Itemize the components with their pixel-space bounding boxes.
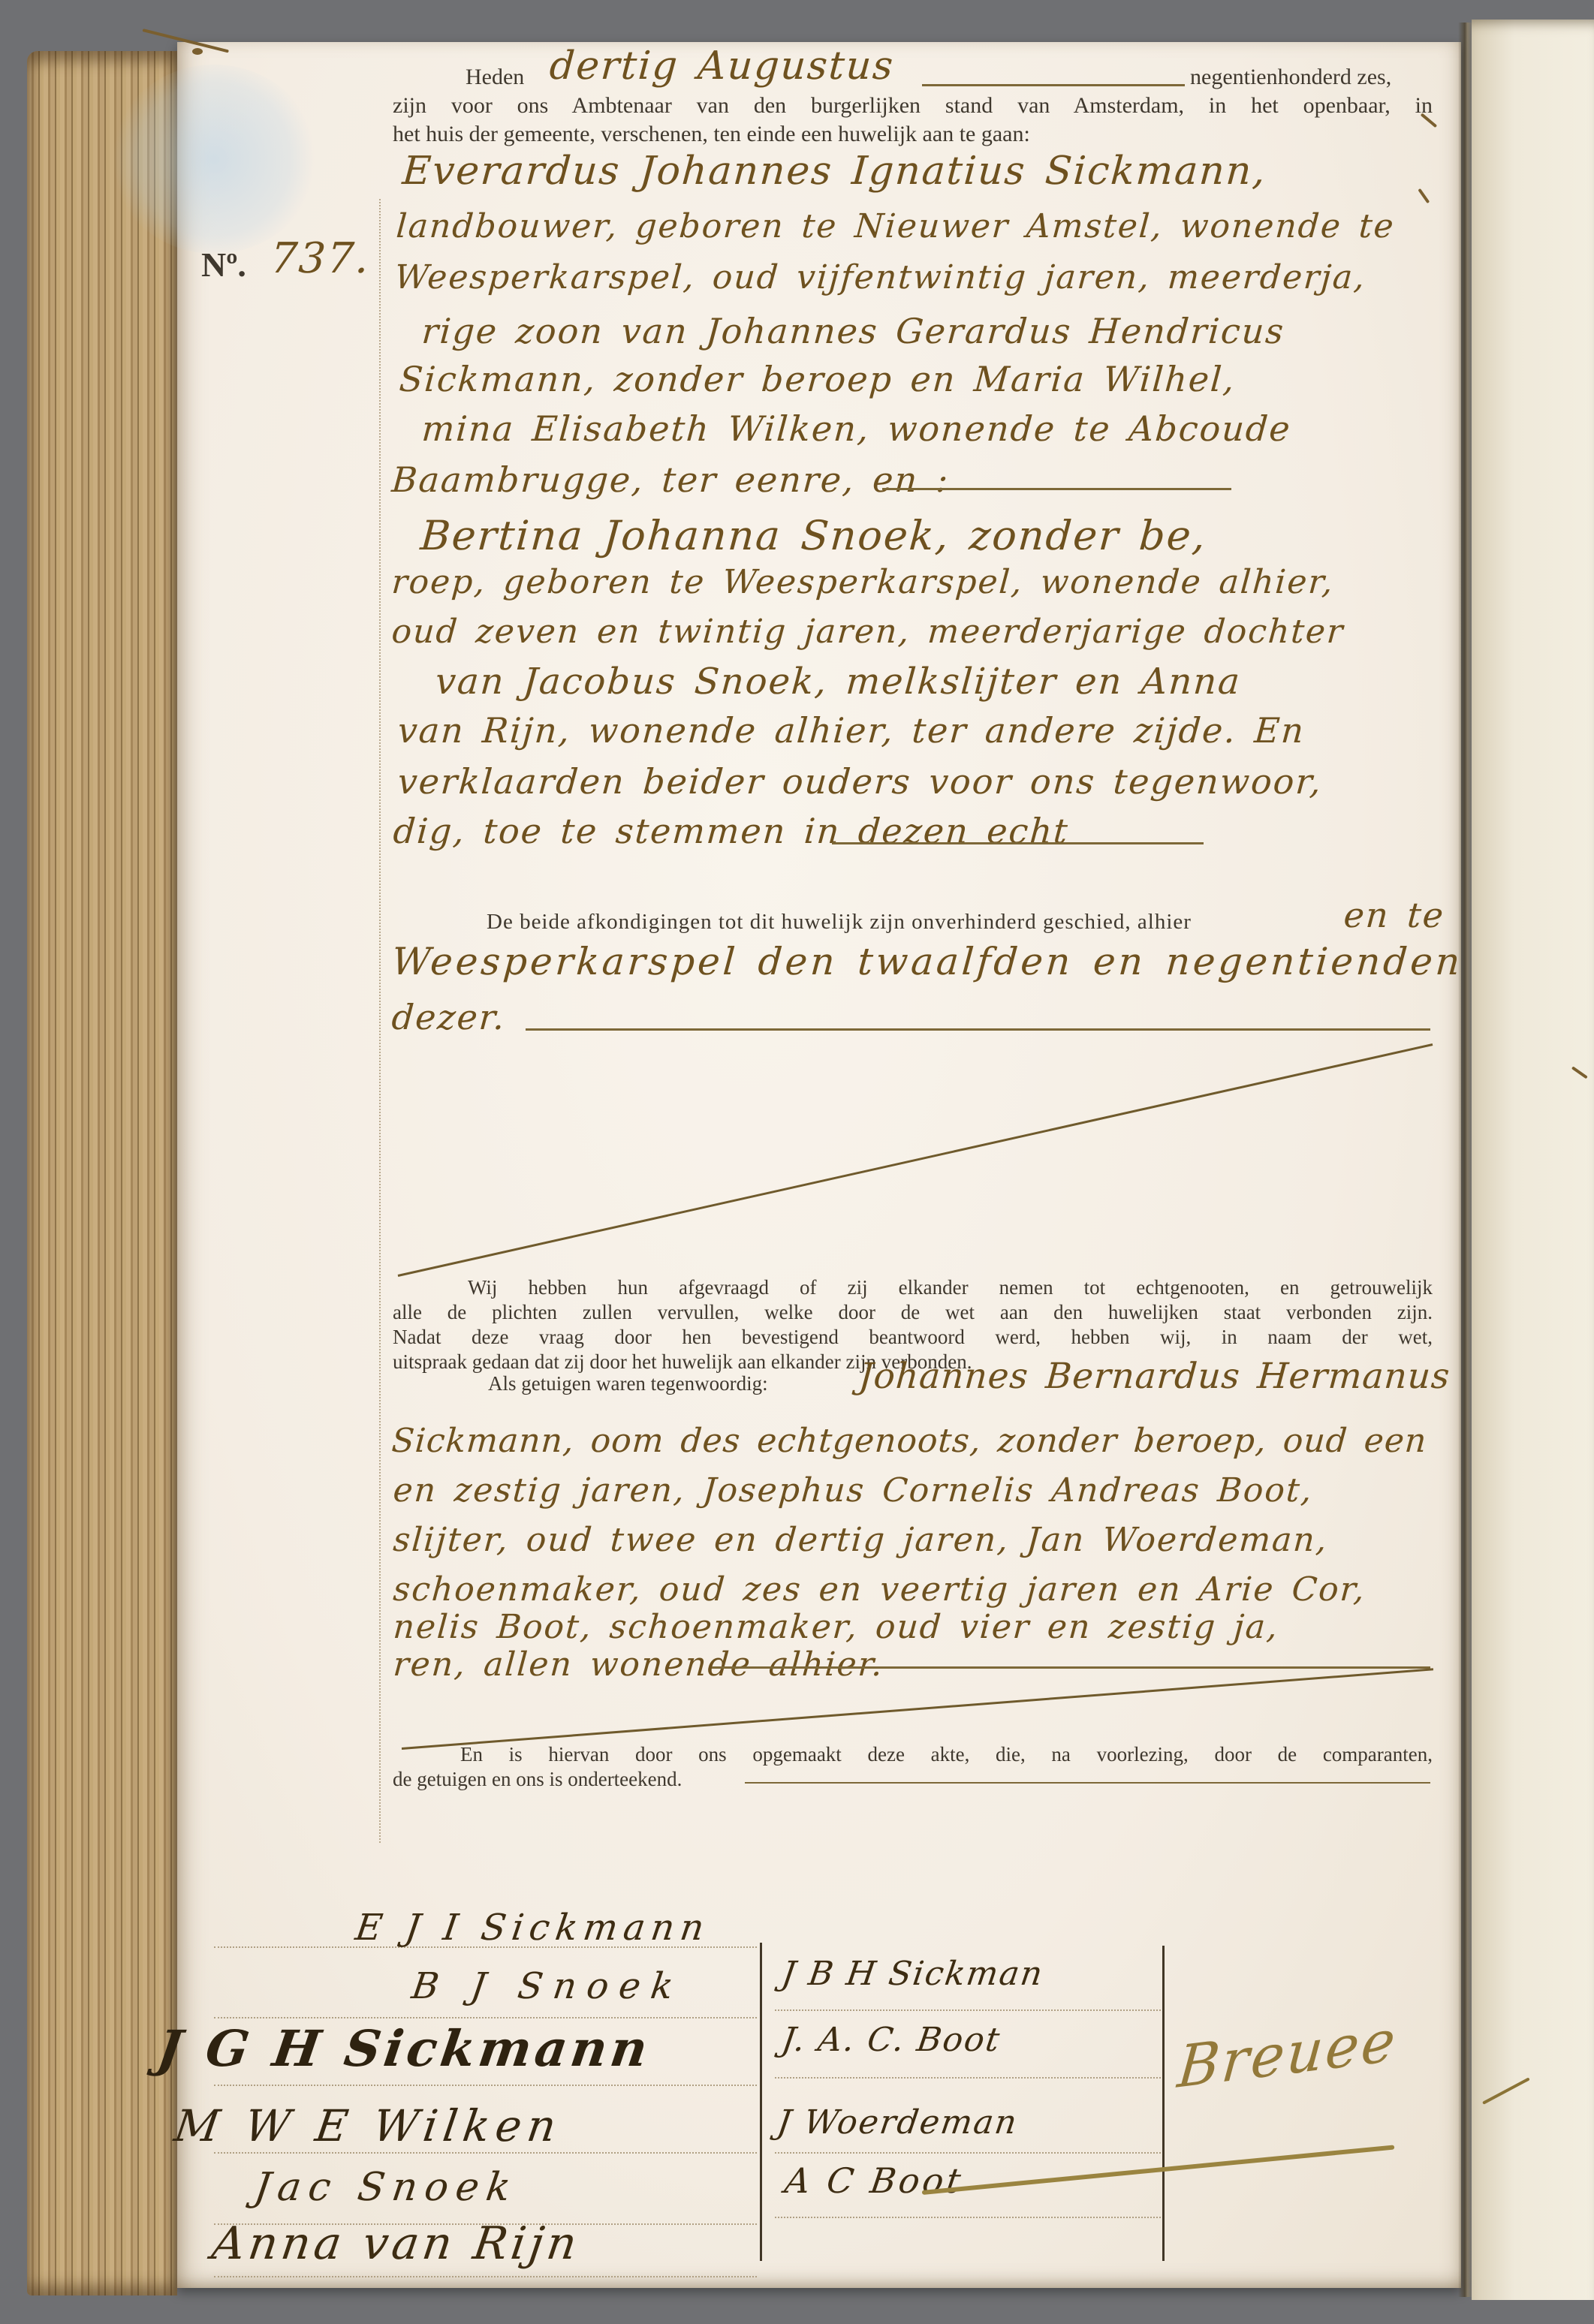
witness-line-6: ren, allen wonende alhier.: [392, 1645, 885, 1684]
witnesses-intro: Als getuigen waren tegenwoordig:: [488, 1372, 768, 1395]
witness-line-2: en zestig jaren, Josephus Cornelis Andre…: [392, 1471, 1314, 1510]
handwritten-date: dertig Augustus: [548, 44, 896, 89]
bride-line-3: oud zeven en twintig jaren, meerderjarig…: [390, 613, 1345, 651]
signature-bride-father: Jac Snoek: [252, 2165, 521, 2210]
signature-dotted-line: [214, 2017, 757, 2018]
flourish-rule: [882, 488, 1231, 490]
closing-line-1: En is hiervan door ons opgemaakt deze ak…: [393, 1743, 1433, 1766]
signature-dotted-line: [214, 2152, 757, 2154]
flourish-rule: [526, 1028, 1430, 1031]
closing-line-2: de getuigen en ons is onderteekend.: [393, 1768, 682, 1791]
signature-bride-mother: Anna van Rijn: [209, 2217, 583, 2270]
flourish-rule: [712, 1666, 1430, 1669]
vows-line-3: Nadat deze vraag door hen bevestigend be…: [393, 1326, 1433, 1349]
bride-line-4: van Jacobus Snoek, melkslijter en Anna: [434, 661, 1243, 703]
bride-line-2: roep, geboren te Weesperkarspel, wonende…: [390, 563, 1336, 601]
bride-line-6: verklaarden beider ouders voor ons tegen…: [396, 761, 1324, 802]
bride-line-5: van Rijn, wonende alhier, ter andere zij…: [396, 710, 1306, 751]
banns-handwritten-tail: en te: [1342, 895, 1446, 935]
witness-line-1: Sickmann, oom des echtgenoots, zonder be…: [390, 1422, 1428, 1460]
groom-line-3: Weesperkarspel, oud vijfentwintig jaren,…: [393, 258, 1367, 297]
signature-groom-father: J G H Sickmann: [154, 2019, 655, 2078]
signature-witness-4: A C Boot: [782, 2160, 966, 2201]
groom-line-4: rige zoon van Johannes Gerardus Hendricu…: [420, 311, 1286, 351]
gutter-shadow: [1458, 23, 1473, 2297]
signature-witness-3: J Woerdeman: [775, 2103, 1020, 2142]
vows-line-1: Wij hebben hun afgevraagd of zij elkande…: [393, 1276, 1433, 1299]
signature-dotted-line: [214, 2276, 757, 2277]
embossed-stamp-icon: [111, 65, 317, 254]
act-number-value: 737.: [269, 234, 372, 283]
witnesses-first-names: Johannes Bernardus Hermanus: [857, 1356, 1451, 1397]
signature-bride: B J Snoek: [409, 1965, 686, 2007]
intro-line-2: zijn voor ons Ambtenaar van den burgerli…: [393, 93, 1433, 119]
intro-heden: Heden: [466, 65, 524, 90]
witness-line-3: slijter, oud twee en dertig jaren, Jan W…: [392, 1521, 1329, 1559]
vows-line-2: alle de plichten zullen vervullen, welke…: [393, 1301, 1433, 1324]
intro-year: negentienhonderd zes,: [1190, 65, 1391, 90]
signature-dotted-line: [775, 2217, 1164, 2218]
witness-line-5: nelis Boot, schoenmaker, oud vier en zes…: [392, 1608, 1280, 1646]
banns-printed: De beide afkondigingen tot dit huwelijk …: [487, 910, 1192, 935]
signature-dotted-line: [775, 2077, 1164, 2079]
signature-dotted-line: [775, 2152, 1164, 2154]
banns-line-2: Weesperkarspel den twaalfden en negentie…: [390, 940, 1464, 983]
signature-witness-2: J. A. C. Boot: [779, 2021, 1003, 2059]
flourish-rule: [922, 84, 1185, 86]
groom-line-6: mina Elisabeth Wilken, wonende te Abcoud…: [420, 408, 1293, 449]
banns-line-3: dezer.: [390, 997, 507, 1037]
groom-line-2: landbouwer, geboren te Nieuwer Amstel, w…: [395, 207, 1397, 245]
act-number-label: Nº.: [201, 245, 246, 284]
signature-groom: E J I Sickmann: [353, 1907, 713, 1949]
signature-divider-line: [1162, 1946, 1165, 2261]
page-right: [1472, 20, 1594, 2300]
ink-smudge: [192, 48, 203, 55]
witness-line-4: schoenmaker, oud zes en veertig jaren en…: [392, 1570, 1367, 1609]
bride-line-1: Bertina Johanna Snoek, zonder be,: [419, 512, 1208, 559]
flourish-rule: [745, 1782, 1430, 1784]
signature-dotted-line: [214, 2085, 757, 2086]
bride-line-7: dig, toe te stemmen in dezen echt: [392, 811, 1070, 851]
signature-groom-mother: M W E Wilken: [171, 2100, 565, 2151]
groom-line-7: Baambrugge, ter eenre, en :: [390, 459, 951, 500]
signature-witness-1: J B H Sickman: [779, 1955, 1046, 1993]
margin-dotted-line: [379, 199, 381, 1843]
flourish-rule: [832, 842, 1204, 844]
scanned-register-page: Nº. 737. Heden dertig Augustus negentien…: [0, 0, 1594, 2324]
groom-line-1: Everardus Johannes Ignatius Sickmann,: [401, 149, 1268, 194]
groom-line-5: Sickmann, zonder beroep en Maria Wilhel,: [398, 359, 1237, 399]
book-binding: [27, 51, 177, 2295]
signature-divider-line: [760, 1943, 762, 2261]
signature-dotted-line: [775, 2009, 1164, 2011]
intro-line-3: het huis der gemeente, verschenen, ten e…: [393, 122, 1030, 147]
